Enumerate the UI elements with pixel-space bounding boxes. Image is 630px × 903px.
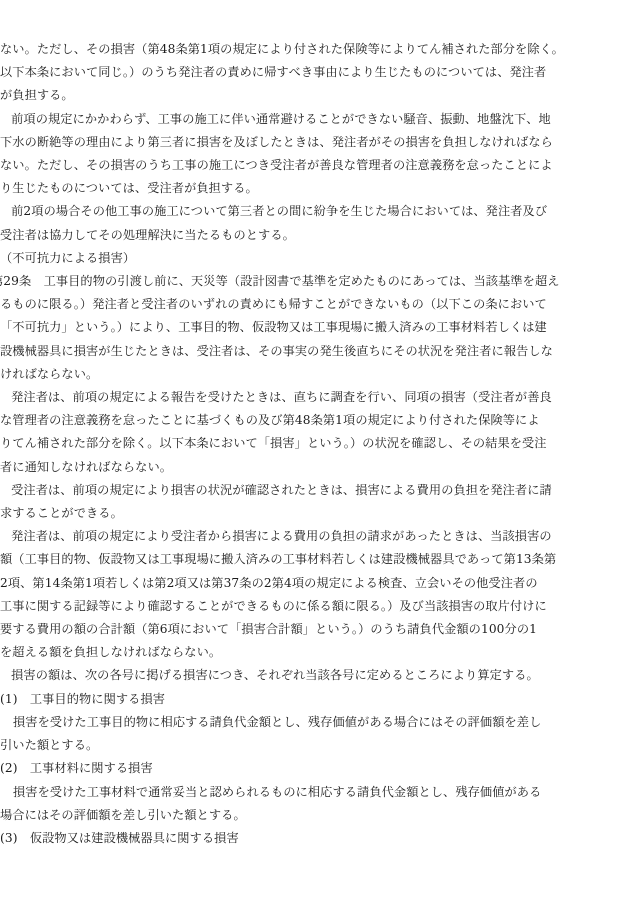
article-29-paragraph-4: 4 発注者は、前項の規定により受注者から損害による費用の負担の請求があったときは… — [0, 525, 600, 664]
item-2-label: (2) 工事材料に関する損害 — [0, 757, 600, 780]
article-29-heading: （不可抗力による損害） — [0, 247, 600, 270]
document-page: ない。ただし、その損害（第48条第1項の規定により付された保険等によりてん補され… — [0, 0, 630, 903]
article-29-paragraph-5: 5 損害の額は、次の各号に掲げる損害につき、それぞれ当該各号に定めるところにより… — [0, 664, 600, 687]
article-29-text: 第29条 工事目的物の引渡し前に、天災等（設計図書で基準を定めたものにあっては、… — [0, 270, 600, 386]
item-1-body: 損害を受けた工事目的物に相応する請負代金額とし、残存価値がある場合にはその評価額… — [0, 711, 600, 757]
paragraph-3: 3 前2項の場合その他工事の施工について第三者との間に紛争を生じた場合においては… — [0, 200, 600, 246]
article-29-paragraph-3: 3 受注者は、前項の規定により損害の状況が確認されたときは、損害による費用の負担… — [0, 479, 600, 525]
paragraph-2: 2 前項の規定にかかわらず、工事の施工に伴い通常避けることができない騒音、振動、… — [0, 108, 600, 201]
item-1-label: (1) 工事目的物に関する損害 — [0, 688, 600, 711]
item-2-body: 損害を受けた工事材料で通常妥当と認められるものに相応する請負代金額とし、残存価値… — [0, 781, 600, 827]
paragraph-continuation: ない。ただし、その損害（第48条第1項の規定により付された保険等によりてん補され… — [0, 38, 600, 108]
item-3-label: (3) 仮設物又は建設機械器具に関する損害 — [0, 827, 600, 850]
article-29-paragraph-2: 2 発注者は、前項の規定による報告を受けたときは、直ちに調査を行い、同項の損害（… — [0, 386, 600, 479]
